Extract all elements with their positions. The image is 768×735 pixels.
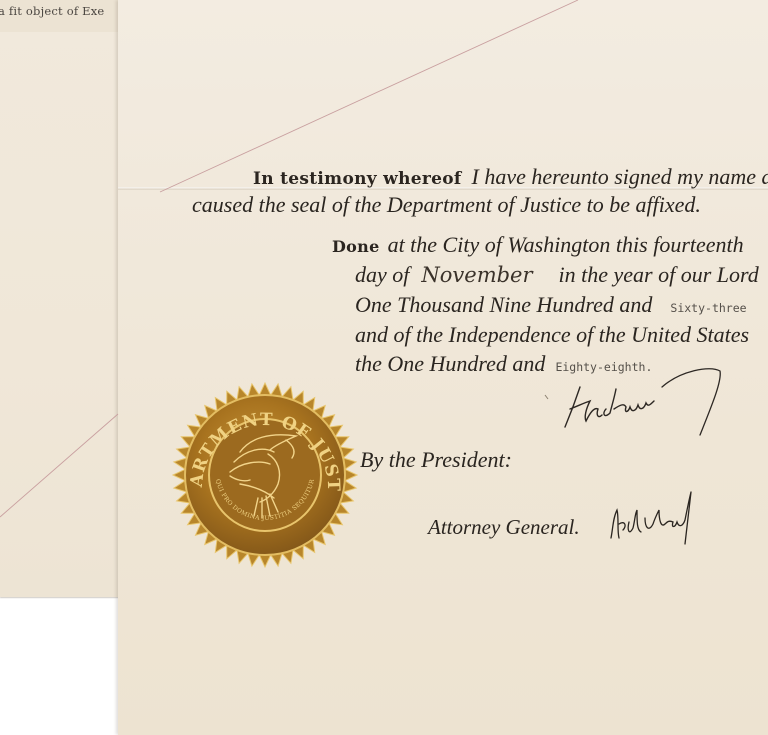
left-page-text-fragment: a fit object of Exe [0,4,104,18]
by-the-president: By the President: [360,447,512,473]
done-line-3: One Thousand Nine Hundred and Sixty-thre… [355,292,747,318]
done-one-thousand: One Thousand Nine Hundred and [355,292,652,317]
typed-year: Sixty-three [670,301,746,315]
done-line-2: day of November in the year of our Lord [355,262,759,288]
testimony-lead: In testimony whereof [253,169,462,189]
testimony-text-1: I have hereunto signed my name and [472,164,768,189]
department-of-justice-seal: DEPARTMENT OF JUSTICE QUI PRO DOMINA JUS… [170,380,360,570]
done-day-of: day of [355,262,409,287]
attorney-general-signature [605,488,705,553]
president-signature [540,365,740,445]
done-line-1: Done at the City of Washington this four… [332,232,744,258]
attorney-general-label: Attorney General. [428,515,580,540]
done-text-1: at the City of Washington this fourteent… [388,232,744,257]
testimony-line-2: caused the seal of the Department of Jus… [192,192,701,218]
done-one-hundred: the One Hundred and [355,351,545,376]
left-page: a fit object of Exe [0,0,122,597]
done-line-4: and of the Independence of the United St… [355,322,749,348]
done-year-of-lord: in the year of our Lord [559,262,759,287]
testimony-line-1: In testimony whereof I have hereunto sig… [253,164,768,190]
done-lead: Done [332,237,380,256]
handwritten-month: November [421,263,532,287]
